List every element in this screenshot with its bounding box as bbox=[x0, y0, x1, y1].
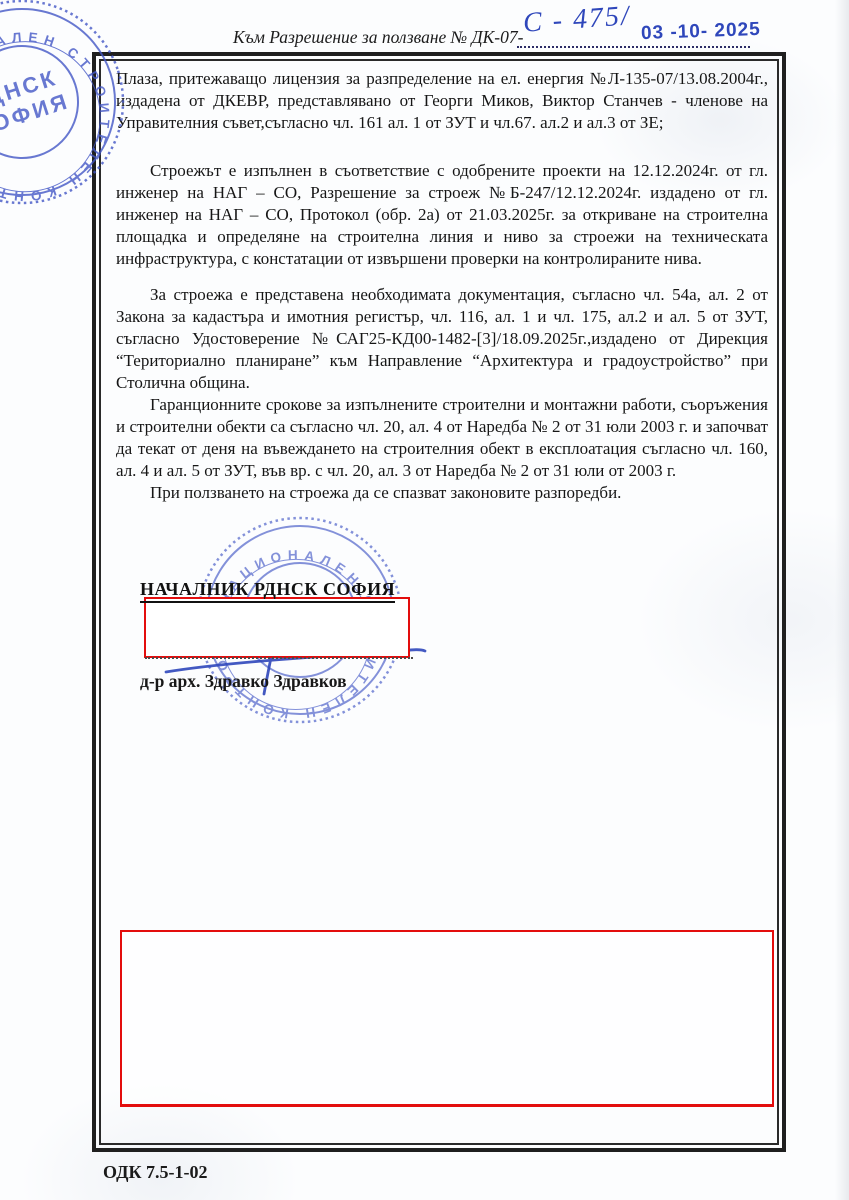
signatory-title: НАЧАЛНИК РДНСК СОФИЯ bbox=[140, 579, 395, 603]
reference-label: Към Разрешение за ползване № ДК-07- bbox=[233, 27, 523, 48]
paragraph-construction: Строежът е изпълнен в съответствие с одо… bbox=[116, 160, 768, 270]
signatory-name: д-р арх. Здравко Здравков bbox=[140, 671, 347, 692]
corner-round-stamp-icon: НАЦИОНАЛЕН СТРОИТЕЛЕН КОНТРОЛ * РДНСК СО… bbox=[0, 0, 140, 220]
paragraph-usage: При ползването на строежа да се спазват … bbox=[116, 482, 768, 504]
lower-redaction-box bbox=[120, 930, 774, 1107]
paragraph-license: Плаза, притежаващо лицензия за разпредел… bbox=[116, 68, 768, 134]
paragraph-documentation: За строежа е представена необходимата до… bbox=[116, 284, 768, 394]
paragraph-warranty: Гаранционните срокове за изпълнените стр… bbox=[116, 394, 768, 482]
scanned-page: НАЦИОНАЛЕН СТРОИТЕЛЕН КОНТРОЛ * РДНСК СО… bbox=[0, 0, 849, 1200]
document-body-text: Плаза, притежаващо лицензия за разпредел… bbox=[116, 68, 768, 504]
form-code: ОДК 7.5-1-02 bbox=[103, 1162, 208, 1183]
signature-dotted-line bbox=[145, 645, 413, 659]
date-stamp: 03 -10- 2025 bbox=[641, 19, 761, 45]
